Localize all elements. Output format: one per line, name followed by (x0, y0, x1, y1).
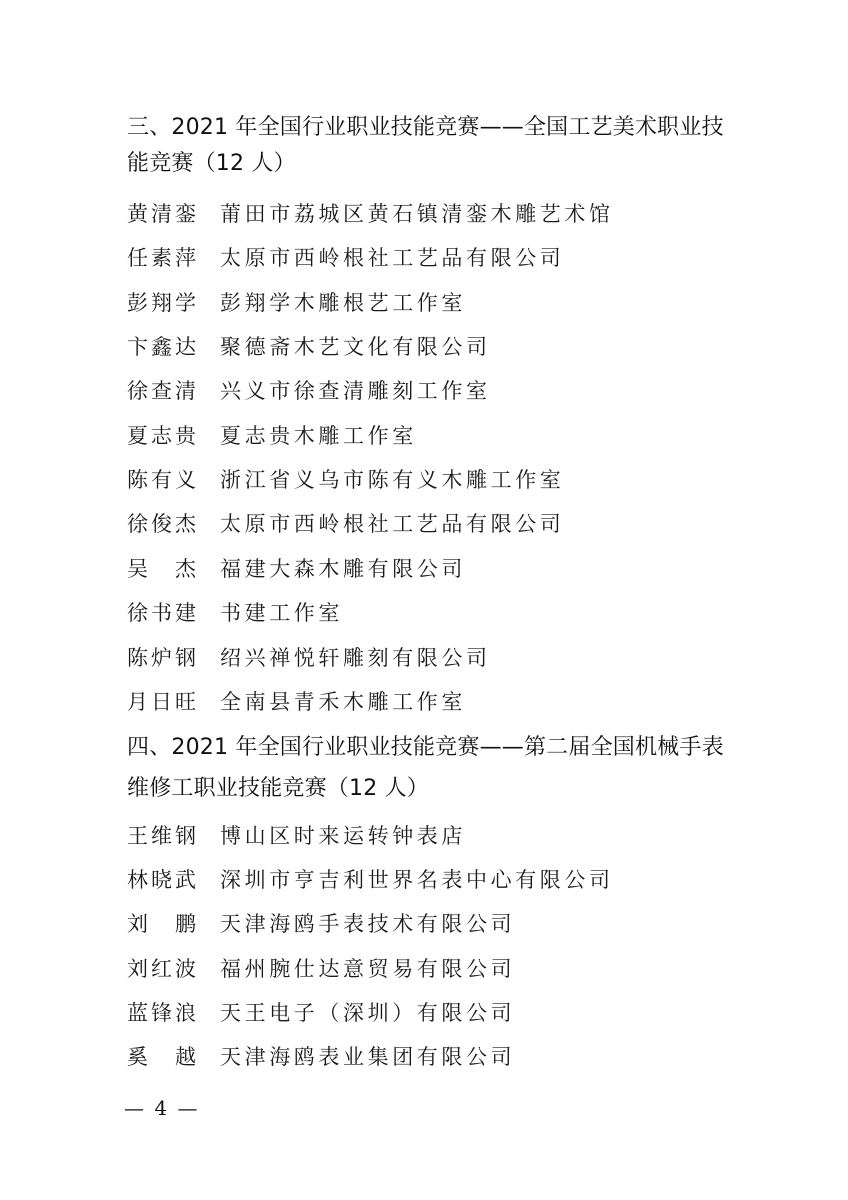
winner-name: 陈炉钢 (127, 643, 207, 673)
section-3-heading-line-1: 三、2021 年全国行业职业技能竞赛——全国工艺美术职业技 (127, 110, 737, 146)
winner-name: 蓝锋浪 (127, 998, 207, 1028)
winner-name: 刘红波 (127, 954, 207, 984)
winner-name: 卞鑫达 (127, 332, 207, 362)
winner-name: 陈有义 (127, 465, 207, 495)
section-4-heading: 四、2021 年全国行业职业技能竞赛——第二届全国机械手表 维修工职业技能竞赛（… (127, 730, 737, 807)
winner-organization: 彭翔学木雕根艺工作室 (220, 288, 466, 318)
winner-organization: 天津海鸥表业集团有限公司 (220, 1042, 515, 1072)
winner-name: 任素萍 (127, 243, 207, 273)
winner-name: 林晓武 (127, 865, 207, 895)
winner-name: 吴 杰 (127, 554, 207, 584)
winner-organization: 太原市西岭根社工艺品有限公司 (220, 243, 564, 273)
section-3-heading: 三、2021 年全国行业职业技能竞赛——全国工艺美术职业技 能竞赛（12 人） (127, 110, 737, 182)
winner-organization: 福建大森木雕有限公司 (220, 554, 466, 584)
winner-name: 徐查清 (127, 376, 207, 406)
winner-organization: 深圳市亨吉利世界名表中心有限公司 (220, 865, 614, 895)
winner-organization: 福州腕仕达意贸易有限公司 (220, 954, 515, 984)
winner-organization: 夏志贵木雕工作室 (220, 421, 417, 451)
winner-organization: 太原市西岭根社工艺品有限公司 (220, 509, 564, 539)
winner-name: 黄清銮 (127, 199, 207, 229)
page-number: — 4 — (124, 1096, 199, 1120)
winner-name: 奚 越 (127, 1042, 207, 1072)
winner-name: 夏志贵 (127, 421, 207, 451)
winner-name: 徐俊杰 (127, 509, 207, 539)
section-4-heading-line-2: 维修工职业技能竞赛（12 人） (127, 771, 737, 807)
winner-organization: 绍兴禅悦轩雕刻有限公司 (220, 643, 491, 673)
winner-organization: 莆田市荔城区黄石镇清銮木雕艺术馆 (220, 199, 614, 229)
document-page: 三、2021 年全国行业职业技能竞赛——全国工艺美术职业技 能竞赛（12 人） … (0, 0, 848, 1200)
winner-name: 月日旺 (127, 687, 207, 717)
winner-organization: 浙江省义乌市陈有义木雕工作室 (220, 465, 564, 495)
winner-organization: 书建工作室 (220, 598, 343, 628)
winner-organization: 天津海鸥手表技术有限公司 (220, 909, 515, 939)
winner-name: 王维钢 (127, 821, 207, 851)
winner-organization: 聚德斋木艺文化有限公司 (220, 332, 491, 362)
winner-organization: 天王电子（深圳）有限公司 (220, 998, 515, 1028)
winner-name: 徐书建 (127, 598, 207, 628)
winner-name: 彭翔学 (127, 288, 207, 318)
winner-organization: 博山区时来运转钟表店 (220, 821, 466, 851)
winner-organization: 全南县青禾木雕工作室 (220, 687, 466, 717)
winner-name: 刘 鹏 (127, 909, 207, 939)
section-3-heading-line-2: 能竞赛（12 人） (127, 146, 737, 182)
section-4-heading-line-1: 四、2021 年全国行业职业技能竞赛——第二届全国机械手表 (127, 730, 737, 766)
winner-organization: 兴义市徐查清雕刻工作室 (220, 376, 491, 406)
